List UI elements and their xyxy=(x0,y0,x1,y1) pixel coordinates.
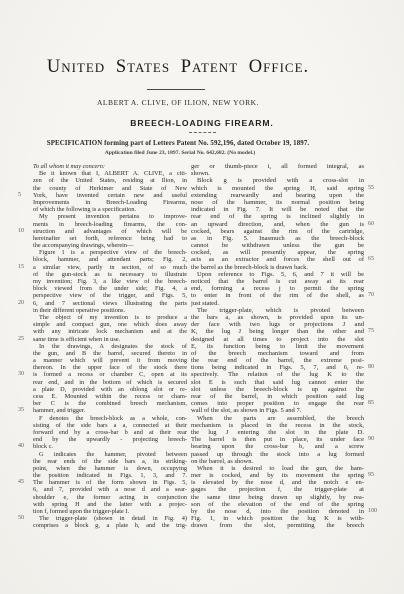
text-line: zen of the United States, residing at Il… xyxy=(33,177,187,184)
text-line: of the gun-stock as is necessary to illu… xyxy=(33,271,187,278)
application-line: Application filed June 23, 1897. Serial … xyxy=(0,150,360,156)
text-line: slot unless the breech-block is up again… xyxy=(191,386,364,393)
text-line: block c.40 xyxy=(33,443,187,450)
text-line: with spring H and the latter with a proj… xyxy=(33,501,187,508)
text-line: simple and compact gun, one which does a… xyxy=(33,321,187,328)
text-line: In the drawings, A designates the stock … xyxy=(33,343,187,350)
text-line: 6, and 7, provided with a nose d and a s… xyxy=(33,486,187,493)
text-line: Fig. 1, in which position the lug K is w… xyxy=(191,515,364,522)
text-line: the gun, and B the barrel, secured there… xyxy=(33,350,187,357)
invention-title: BREECH-LOADING FIREARM. xyxy=(0,118,404,128)
line-number: 90 xyxy=(368,436,381,443)
text-line: mechanism is placed in the recess in the… xyxy=(191,422,364,429)
text-line: my invention; Fig. 3, a like view of the… xyxy=(33,278,187,285)
text-line: the rear ends of the side bars a, its st… xyxy=(33,458,187,465)
text-line: sisting of the side bars a a, connected … xyxy=(33,422,187,429)
text-line: designed at all times to project into th… xyxy=(191,336,364,343)
line-number: 15 xyxy=(18,264,29,271)
text-line: ger or thumb-piece i, all formed integra… xyxy=(191,163,364,170)
text-line: end, forming a recess j to permit the sp… xyxy=(191,285,364,292)
text-line: the accompanying drawings, wherein— xyxy=(33,242,187,249)
text-line: E, its function being to limit the movem… xyxy=(191,343,364,350)
text-line: son of the elevation of the end of the s… xyxy=(191,501,364,508)
text-line: G indicates the hammer, pivoted between xyxy=(33,451,187,458)
text-line: the bars a, as shown, is provided upon i… xyxy=(191,314,364,321)
line-number: 95 xyxy=(368,472,381,479)
text-line: in their different operative positions. xyxy=(33,307,187,314)
text-line: The trigger-plate (shown in detail in Fi… xyxy=(33,515,187,522)
text-line: nose of the hammer, its normal position … xyxy=(191,199,364,206)
text-line: Block g is provided with a cross-slot in xyxy=(191,177,364,184)
text-line: is formed a recess or chamber C, open at… xyxy=(33,371,187,378)
text-line: der face with two lugs or projections J … xyxy=(191,321,364,328)
text-line: When the parts are assembled, the breech xyxy=(191,415,364,422)
text-line: hammer, and trigger.35 xyxy=(33,407,187,414)
text-line: an upward direction, and, when the gun i… xyxy=(191,221,364,228)
text-line: cocked, as will presently appear, the sp… xyxy=(191,249,364,256)
text-line: hereinafter set forth, reference being h… xyxy=(33,235,187,242)
text-line: mer is cocked, and by its movement the s… xyxy=(191,472,364,479)
text-line: the position indicated in Figs. 1, 3, an… xyxy=(33,472,187,479)
text-line: noticed that the barrel is cut away at i… xyxy=(191,278,364,285)
text-line: Improvements in Breech-Loading Firearms, xyxy=(33,199,187,206)
text-line: slot E is such that said lug cannot ente… xyxy=(191,379,364,386)
line-number: 10 xyxy=(18,228,29,235)
inventor-line: ALBERT A. CLIVE, OF ILION, NEW YORK. xyxy=(0,98,356,107)
text-line: struction and advantages of which will b… xyxy=(33,228,187,235)
text-line: with any intricate lock mechanism and at… xyxy=(33,328,187,335)
text-line: The object of my invention is to produce… xyxy=(33,314,187,321)
text-line: ber C is the combined breech mechanism, xyxy=(33,400,187,407)
text-line: the barrel as the breech-block is drawn … xyxy=(191,264,364,271)
line-number: 100 xyxy=(368,508,381,515)
text-line: indicated in Fig. 7. It will be noted th… xyxy=(191,206,364,213)
text-line: Figure 1 is a perspective view of the br… xyxy=(33,249,187,256)
text-line: by the nose d, into the position denoted… xyxy=(191,508,364,515)
text-line: shoulder e, the former acting in conjunc… xyxy=(33,494,187,501)
line-number: 30 xyxy=(18,371,29,378)
text-line: shown. xyxy=(191,170,364,177)
text-line: acts as an extractor and forces the shel… xyxy=(191,256,364,263)
text-line: tion f, formed upon the trigger-plate I. xyxy=(33,508,187,515)
text-line: tions being indicated in Figs. 5, 7, and… xyxy=(191,364,364,371)
text-line: of the breech mechanism toward and from xyxy=(191,350,364,357)
text-line: same time is efficient when in use.25 xyxy=(33,336,187,343)
text-line: the same time being drawn up slightly, b… xyxy=(191,494,364,501)
specification-line: SPECIFICATION forming part of Letters Pa… xyxy=(0,140,356,147)
text-line: which is mounted the spring H, said spri… xyxy=(191,185,364,192)
line-number: 35 xyxy=(18,407,29,414)
text-line: To all whom it may concern: xyxy=(33,163,187,170)
text-line: block, hammer, and attendant parts; Fig.… xyxy=(33,256,187,263)
text-line: just stated. xyxy=(191,300,364,307)
line-number: 45 xyxy=(18,479,29,486)
line-number: 70 xyxy=(368,292,381,299)
line-number: 85 xyxy=(368,400,381,407)
text-line: passed up through the stock into a lug f… xyxy=(191,451,364,458)
text-line: gages the projection f, the trigger-plat… xyxy=(191,486,364,493)
text-line: F denotes the breech-block as a whole, c… xyxy=(33,415,187,422)
text-line: block viewed from the under side; Fig. 4… xyxy=(33,285,187,292)
text-line: on the barrel, as shown. xyxy=(191,458,364,465)
text-line: rear of the barrel, in which position sa… xyxy=(191,393,364,400)
text-line: drawn from the slot, permitting the bree… xyxy=(191,522,364,529)
text-line: a similar view, partly in section, of so… xyxy=(33,264,187,271)
text-line: rear end of the spring is inclined sligh… xyxy=(191,213,364,220)
text-line: The hammer is of the form shown in Figs.… xyxy=(33,479,187,486)
line-number: 75 xyxy=(368,328,381,335)
text-line: rear end, and in the bottom of which is … xyxy=(33,379,187,386)
text-line: point, when the hammer is down, occupyin… xyxy=(33,465,187,472)
line-number: 20 xyxy=(18,300,29,307)
text-line: a manner which will prevent it from movi… xyxy=(33,357,187,364)
text-line: The trigger-plate, which is pivoted betw… xyxy=(191,307,364,314)
text-line: to enter in front of the rim of the shel… xyxy=(191,292,364,299)
text-line: comes into proper position to engage the… xyxy=(191,400,364,407)
text-line: spectively. The relation of the lug K to… xyxy=(191,371,364,378)
line-number: 60 xyxy=(368,221,381,228)
text-line: ments in breech-loading firearms, the co… xyxy=(33,221,187,228)
text-line: When it is desired to load the gun, the … xyxy=(191,465,364,472)
line-number: 40 xyxy=(18,443,29,450)
patent-document-page: United States Patent Office. ALBERT A. C… xyxy=(0,0,404,594)
text-line: a plate D, provided with an oblong slot … xyxy=(33,386,187,393)
text-line: cannot be withdrawn unless the gun be xyxy=(191,242,364,249)
line-number: 55 xyxy=(368,185,381,192)
text-line: bearing upon the cross-bar b, and a scre… xyxy=(191,443,364,450)
text-line: 6, and 7 sectional views illustrating th… xyxy=(33,300,187,307)
text-column-right: ger or thumb-piece i, all formed integra… xyxy=(191,163,364,530)
text-line: forward end by a cross-bar b and at thei… xyxy=(33,429,187,436)
text-line: thereon. In the upper face of the stock … xyxy=(33,364,187,371)
text-line: wall of the slot, as shown in Figs. 5 an… xyxy=(191,407,364,414)
dashed-divider xyxy=(189,132,216,133)
text-column-left: To all whom it may concern:Be it known t… xyxy=(33,163,187,530)
line-number: 25 xyxy=(18,336,29,343)
text-line: comprises a block g, a plate h, and the … xyxy=(33,522,187,529)
text-line: is elevated by the nose d, and the notch… xyxy=(191,479,364,486)
text-line: The barrel is then put in place, its und… xyxy=(191,436,364,443)
text-line: My present invention pertains to improve… xyxy=(33,213,187,220)
text-line: the rear end of the barrel, the extreme … xyxy=(191,357,364,364)
text-line: as in Fig. 5. Inasmuch as the breech-blo… xyxy=(191,235,364,242)
text-line: of which the following is a specificatio… xyxy=(33,206,187,213)
text-line: K, the lug J being longer than the other… xyxy=(191,328,364,335)
text-line: the county of Herkimer and State of New xyxy=(33,185,187,192)
text-line: end by the upwardly - projecting breech- xyxy=(33,436,187,443)
text-line: cess E. Mounted within the recess or cha… xyxy=(33,393,187,400)
text-line: York, have invented certain new and usef… xyxy=(33,192,187,199)
page-title: United States Patent Office. xyxy=(0,57,356,78)
text-line: perspective view of the trigger, and Fig… xyxy=(33,292,187,299)
text-line: Upon reference to Figs. 5, 6, and 7 it w… xyxy=(191,271,364,278)
line-number: 50 xyxy=(18,515,29,522)
line-number: 5 xyxy=(18,192,29,199)
text-line: Be it known that I, ALBERT A. CLIVE, a c… xyxy=(33,170,187,177)
text-line: extending rearwardly and bearing upon th… xyxy=(191,192,364,199)
text-line: cocked, bears against the rim of the car… xyxy=(191,228,364,235)
divider-rule xyxy=(147,89,205,90)
line-number: 65 xyxy=(368,256,381,263)
line-number: 80 xyxy=(368,364,381,371)
text-line: the lug J entering the slot in the plate… xyxy=(191,429,364,436)
